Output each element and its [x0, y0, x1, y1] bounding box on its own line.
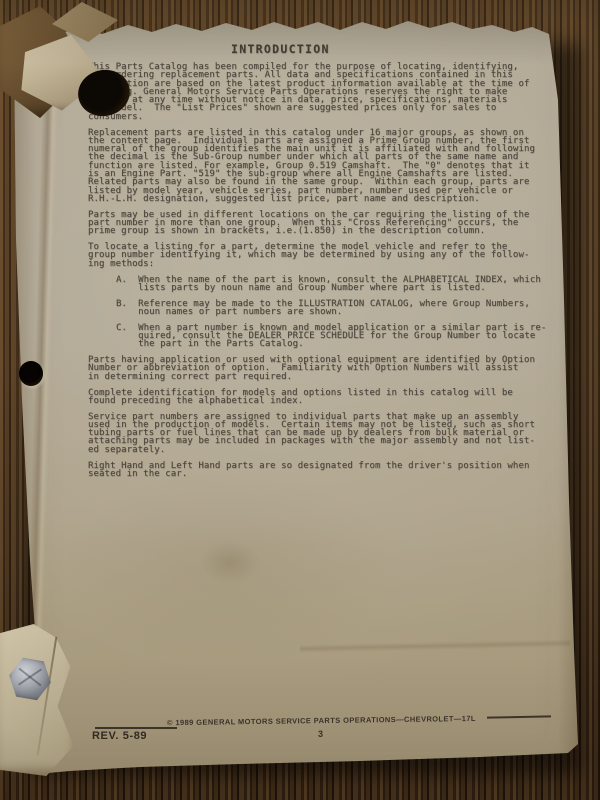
method-item-a: A. When the name of the part is known, c… — [116, 276, 554, 293]
paragraph-optional-equipment: Parts having application or used with op… — [88, 356, 554, 381]
body-text: This Parts Catalog has been compiled for… — [88, 63, 554, 486]
paragraph-replacement-groups: Replacement parts are listed in this cat… — [88, 129, 554, 204]
paragraph-cross-referencing: Parts may be used in different locations… — [88, 211, 554, 236]
copyright-line: © 1989 GENERAL MOTORS SERVICE PARTS OPER… — [167, 714, 487, 727]
method-item-b: B. Reference may be made to the ILLUSTRA… — [116, 300, 554, 317]
paragraph-complete-identification: Complete identification for models and o… — [88, 389, 554, 406]
paragraph-service-part-numbers: Service part numbers are assigned to ind… — [88, 413, 554, 454]
catalog-page: INTRODUCTION This Parts Catalog has been… — [0, 0, 600, 800]
paragraph-right-left-hand: Right Hand and Left Hand parts are so de… — [88, 462, 554, 479]
page-number: 3 — [318, 729, 323, 739]
photo-scene: INTRODUCTION This Parts Catalog has been… — [0, 0, 600, 800]
paragraph-locate-listing: To locate a listing for a part, determin… — [88, 243, 554, 268]
paper-crease — [300, 639, 570, 653]
paragraph-compiled-purpose: This Parts Catalog has been compiled for… — [88, 63, 554, 121]
punched-hole — [19, 361, 43, 386]
footer-rule-left — [95, 727, 177, 729]
page-title: INTRODUCTION — [231, 42, 330, 56]
footer-rule-right — [487, 715, 551, 718]
method-item-c: C. When a part number is known and model… — [116, 324, 554, 349]
revision-label: REV. 5-89 — [92, 730, 147, 742]
paper-stain — [200, 540, 260, 584]
